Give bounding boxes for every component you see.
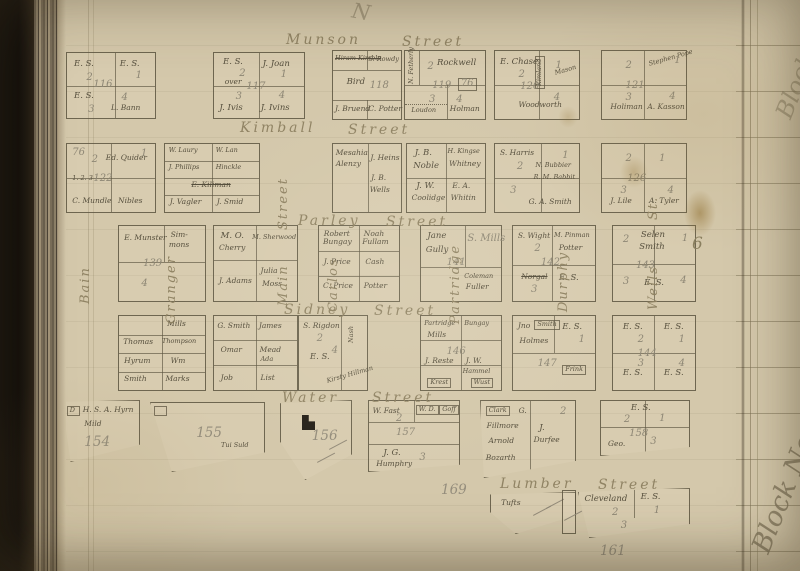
block-divider-line [119,353,205,354]
lot-label: J. B. [371,174,386,182]
lot-number: 3 [638,359,644,370]
street-suffix-munson: Street [402,34,464,50]
lot-label: N. Fetherly [408,47,415,84]
lot-label: Thompson [162,338,196,345]
lot-label: J. W. [416,182,434,191]
street-label-water: Water [282,390,339,406]
lot-label: Kirsty Hillman [326,365,374,385]
lot-label: Noble [413,162,439,171]
lot-label: W. D. [416,405,439,415]
street-label-carlos: Carlos [326,232,342,312]
pencil-note: 169 [441,483,467,497]
lot-label: Wells [370,186,390,194]
lot-label: Stephen Pope [648,48,694,67]
block-r4c1: MillsThomasThompsonHyrumWmSmithMarks [118,315,206,391]
street-suffix-water: Street [372,390,434,406]
lot-label: J. Ivis [219,104,242,113]
lot-label: Hammel [463,368,491,375]
lot-label: Tufts [501,499,520,507]
block-sliver [562,490,576,534]
lot-label: G. A. Smith [529,198,572,206]
lot-number: 2 [623,235,629,246]
lot-number: 3 [88,105,94,116]
lot-number: 156 [312,429,338,443]
lot-label: J. Lile [610,197,631,205]
lot-label: Bozarth [486,454,516,462]
lot-number: 2 [560,407,566,418]
lot-label: Mead [260,346,281,354]
lot-label: Hyrum [124,357,150,365]
lot-label: List [260,374,274,382]
lot-number: 116 [93,80,112,91]
lot-number: 3 [621,521,627,532]
block-divider-line [214,340,297,341]
lot-number: 3 [626,93,632,104]
lot-number: 139 [143,259,162,270]
page-number: 6 [692,234,703,254]
lot-label: E. S. [641,493,661,502]
lot-number: 1 [141,149,147,160]
lot-number: 1 [674,56,680,67]
lot-label: Alenzy [336,160,361,168]
block-154: DH. S.A. HyrnMild154 [62,400,140,462]
lot-number: 2 [626,61,632,72]
lot-label: Holman [450,105,480,113]
lot-label: E. Kiliman [191,181,230,189]
hatch-mark [317,452,335,462]
lot-label: Jane [427,232,446,241]
lot-label: J. Phillips [169,164,200,171]
lot-number: 4 [332,346,338,357]
lot-number: 4 [456,95,462,106]
lot-number: 76 [458,78,477,91]
lot-number: 4 [668,186,674,197]
block-divider-line [634,489,635,518]
lot-label: Bird [347,78,365,87]
lot-label: S. Wight [518,232,550,240]
block-r4c2: G. SmithJamesOmarMeadAdaJobList [213,315,298,391]
block-divider-line [165,178,259,179]
lot-label: J. Joan [263,60,290,69]
lot-label: Hinckle [216,164,241,171]
lot-label: Humphry [376,460,412,468]
lot-label: Cash [365,258,384,266]
street-suffix-sidney: Street [374,303,436,319]
lot-label: G. Smith [217,322,250,330]
lot-label: H. Kingse [448,148,480,155]
lot-label: E. S. [664,323,684,332]
lot-label: Loudon [411,107,436,114]
street-label-durphy: Durphy [556,226,572,312]
lot-label: Mesahia [336,149,368,157]
block-r4c3: S. Rigdon2E. S.4NashKirsty Hillman [298,315,368,391]
street-label-munson: Munson [286,32,361,48]
lot-label: 1. 2. 3 [72,175,93,182]
lot-label: Potter [364,282,387,290]
street-label-main: Main [276,232,292,306]
lot-number: 4 [141,279,147,290]
lot-label: Marks [165,375,189,383]
block-divider-line [256,316,257,390]
street-label-bain: Bain [78,242,94,304]
lot-number: 4 [279,91,285,102]
lot-number: 119 [432,81,451,92]
lot-label: Wust [471,378,494,388]
street-label-granger: Granger [164,228,180,324]
block-126: S. Harris21N. BubbierR. M. Babbit3G. A. … [494,143,580,213]
lot-number: 120 [520,82,539,93]
lot-label: E. S. [562,323,582,332]
lot-number: 4 [679,359,685,370]
block-divider-line [359,226,360,301]
lot-number: 2 [624,415,630,426]
lot-number: 2 [534,244,540,255]
lot-number: 3 [236,92,242,103]
lot-label: E. S. [310,353,330,362]
block-147: JnoSmithE. S.1Holmes147Frink [512,315,596,391]
block-155: 155Tui Suld [150,402,265,472]
lot-label: E. S. [664,369,684,378]
lot-number: 4 [554,93,560,104]
lot-number: 121 [626,81,645,92]
block-124: MesahiaAlenzyJ. HeinsJ. B.Wells [332,143,402,213]
book-spine [0,0,34,571]
lot-label: S. Rowdy [368,56,399,63]
block-divider-line [369,444,459,445]
lot-label: W. Lan [216,147,238,154]
lot-label: H. S. [83,406,102,414]
block-156: 156 [280,400,352,480]
block-125: J. B.NobleH. KingseWhitneyJ. W.CoolidgeE… [406,143,486,213]
lot-number: 126 [627,174,646,185]
block-116: E. S.2E. S.1116E. S.3L. Bann4 [66,52,156,119]
lot-number: 4 [669,92,675,103]
lot-label: Bungay [464,320,489,327]
block-divider-line [513,353,595,354]
lot-number: 118 [370,81,389,92]
street-label-street: Street [276,148,292,230]
block-157: W. Fast2W. D.Goff157J. G.Humphry3 [368,400,460,472]
page-edges [34,0,58,571]
block-divider-line [165,161,259,162]
lot-label: E. S. [120,60,140,69]
lot-number: 2 [638,335,644,346]
lot-number: 3 [419,453,425,464]
lot-number: 4 [680,276,686,287]
lot-number: 2 [519,70,525,81]
street-label-parley: Parley [298,213,361,229]
lot-label: Fullam [362,238,388,246]
lot-number: 3 [620,186,626,197]
lot-number: 1 [579,335,585,346]
street-label-partridge: Partridge [448,224,464,324]
lot-label: E. S. [631,404,651,413]
block-divider-line [421,340,501,341]
block-117: E. S.2overJ. Joan1117J. Ivis3J. Ivins4 [213,52,305,119]
lot-label: Job [221,374,233,382]
lot-label: Arnold [489,437,515,445]
block-durfee: ClarkG.2FillmoreJ.ArnoldDurfeeBozarth [480,400,576,478]
block-120: E. Chase2Kimland1Mason120Woodworth4 [494,50,580,120]
lot-label: Fuller [466,283,489,291]
lot-label: over [225,78,242,86]
lot-number: 1 [281,70,287,81]
lot-label: Julia [260,267,277,275]
lot-number: 154 [84,435,110,449]
street-suffix-parley: Street [386,214,448,230]
lot-label [154,406,167,416]
lot-number: 1 [659,414,665,425]
lot-label: J. G. [383,449,400,458]
lot-number: 158 [629,429,648,440]
lot-label: Smith [534,320,560,330]
lot-label: E. Chase [500,58,538,67]
block-158: E. S.21158Geo.3 [600,400,690,456]
lot-label: E. A. [452,182,470,190]
lot-number: 3 [650,437,656,448]
block-divider-line [530,401,531,477]
lot-label: W. Laury [169,147,198,154]
block-144: E. S.2E. S.1144E. S.3E. S.4 [612,315,696,391]
lot-label: J. Ivins [261,104,290,113]
block-118: Hiram KimbleS. RowdyBird118J. BruendC. P… [332,50,402,120]
lot-number: 1 [679,335,685,346]
lot-label: J. Bruend [335,105,370,113]
lot-number: 2 [317,334,323,345]
lot-label: Fillmore [487,422,519,430]
lot-label: Holmes [520,337,549,345]
block-divider-line [119,372,205,373]
lot-number: 4 [122,93,128,104]
block-cleveland: ClevelandE. S.213 [578,488,690,538]
lot-label: N. Bubbier [535,162,571,169]
lot-label: M. O. [221,232,244,241]
lot-label: J. Reste [425,357,454,365]
lot-label: J. Heins [370,154,399,162]
lot-label: Smith [124,375,147,383]
lot-label: Omar [221,346,242,354]
lot-number: 3 [429,95,435,106]
lot-number: 1 [136,71,142,82]
block-139: E. MunsterSim-mons1394 [118,225,206,302]
lot-label: E. S. [74,60,94,69]
block-119: N. Fetherly2Rockwell11976Loudon3Holman4 [404,50,486,120]
lot-label: Frink [562,365,586,375]
lot-number: 147 [538,359,557,370]
lot-number: 2 [427,62,433,73]
street-label-lumber: Lumber [500,476,574,492]
lot-label: Clark [486,406,510,416]
lot-label: J. [539,424,544,433]
lot-label: G. [519,407,527,415]
street-suffix-lumber: Street [598,477,660,493]
lot-label: A. Kasson [647,103,684,111]
street-suffix-kimball: Street [348,122,410,138]
lot-label: J. Adams [219,277,252,285]
lot-number: 1 [659,154,665,165]
lot-label: E. S. [623,323,643,332]
lot-number: 1 [562,151,568,162]
block-127: 21126J. Lile3A. Tyler4 [601,143,687,213]
lot-number: 2 [396,414,402,425]
lot-label: James [259,322,282,330]
lot-label: J. B. [415,149,432,158]
map: E. S.2E. S.1116E. S.3L. Bann4E. S.2overJ… [0,0,800,571]
street-label-wells: Wells [646,234,662,310]
lot-label: Cleveland [585,495,628,504]
lot-number: 155 [196,426,222,440]
lot-label: Norgal [521,273,547,281]
block-divider-line [419,51,420,85]
lot-label: C. Potter [368,105,402,113]
lot-label: S. Harris [500,149,534,157]
lot-label: Whitney [449,160,480,168]
lot-label: Mills [427,331,446,339]
lot-label: Tui Suld [221,442,249,449]
lot-number: 1 [682,234,688,245]
lot-label: D [67,406,80,416]
block-142: S. Wight2M. PinmanPotter142Norgal3E. S. [512,225,596,302]
lot-label: Geo. [608,440,625,448]
lot-number: 76 [72,148,85,159]
block-divider-line [119,335,205,336]
lot-label: Wm [171,357,186,365]
lot-label: Nibles [118,197,142,205]
block-divider-line [165,195,259,196]
lot-label: E. S. [623,369,643,378]
lot-label: Rockwell [437,59,476,68]
hatch-mark [564,511,582,521]
lot-label: J. W. [466,357,482,365]
lot-number: 2 [92,155,98,166]
lot-label: A. Hyrn [104,406,133,414]
lot-label: R. M. Babbit [534,174,575,181]
block-divider-line [369,422,459,423]
lot-label: Nash [348,326,355,343]
lot-label: Thomas [123,338,153,346]
lot-label: Cherry [219,244,245,252]
lot-number: 3 [623,277,629,288]
block-146: PartridgeBungayMills146J. ResteJ. W.Hamm… [420,315,502,391]
lot-number: 3 [531,285,537,296]
lot-label: C. Mundle [72,197,111,205]
lot-label: Whitin [451,194,476,202]
lot-number: 1 [654,506,660,517]
block-123: W. LauryW. LanJ. PhillipsHinckleE. Kilim… [164,143,260,213]
lot-label: E. S. [74,92,94,101]
plat-book-photo: E. S.2E. S.1116E. S.3L. Bann4E. S.2overJ… [0,0,800,571]
page-edge-gradient [58,0,66,571]
lot-number: 122 [93,174,112,185]
lot-number: 2 [517,162,523,173]
lot-label: Coolidge [412,194,446,202]
lot-label: Jno [518,322,530,330]
lot-label: Coleman [464,273,493,280]
lot-label: E. Munster [124,234,166,242]
lot-label: L. Bann [111,104,140,112]
block-divider-line [405,104,447,105]
lot-number: 117 [246,82,265,93]
lot-label: S. Rigdon [303,322,340,330]
street-label-kimball: Kimball [240,120,315,136]
block-divider-line [333,70,401,71]
lot-label: Gully [426,246,449,255]
lot-number: 2 [626,154,632,165]
lot-label: Mild [84,420,101,428]
lot-label: Goff [439,405,459,415]
lot-label: Krest [427,378,451,388]
lot-label: J. Vagler [170,198,202,206]
lot-label: Ada [260,356,273,363]
block-122: 762Ed. Quider11. 2. 3122C. MundleNibles [66,143,156,213]
lot-number: S. Mills [467,234,505,245]
block-121: 2Stephen Pope1121Holiman3A. Kasson4 [601,50,687,120]
lot-number: 2 [86,73,92,84]
block-divider-line [214,365,297,366]
lot-label: Durfee [534,436,560,444]
pencil-note: 161 [600,544,626,558]
lot-label: E. S. [223,58,243,67]
lot-label: J. Smid [217,198,244,206]
lot-number: 157 [396,428,415,439]
lot-number: 3 [510,186,516,197]
lot-number: 2 [612,508,618,519]
lot-label: Holiman [610,103,642,111]
street-label-st: St. [646,198,662,220]
